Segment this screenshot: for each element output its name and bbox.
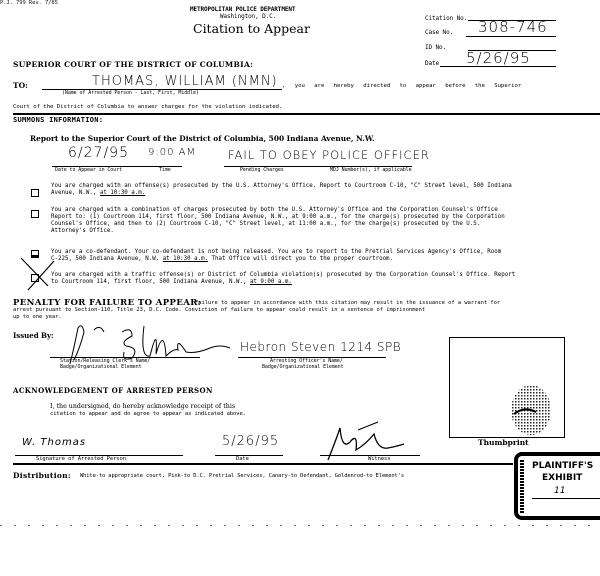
arresting-officer-value[interactable]: Hebron Steven 1214 SPB — [240, 340, 401, 354]
form-number: P.J. 799 Rev. 7/85 — [0, 0, 58, 6]
exhibit-number: 11 — [554, 486, 565, 496]
case-no-underline — [466, 36, 556, 37]
section-divider — [13, 113, 600, 115]
option-text: C-225, 500 Indiana Avenue, N.W. — [51, 256, 163, 262]
ack-date-value[interactable]: 5/26/95 — [222, 434, 279, 449]
date-value[interactable]: 5/26/95 — [466, 49, 531, 67]
signature-caption: Signature of Arrested Person — [36, 456, 126, 462]
name-caption: (Name of Arrested Person - Last, First, … — [62, 90, 199, 96]
date-caption: Date to Appear in Court — [55, 167, 122, 173]
distribution-label: Distribution: — [13, 471, 71, 480]
case-no-value[interactable]: 308-746 — [478, 18, 548, 36]
option-time: at 10:30 a.m. — [100, 190, 145, 196]
penalty-line1: Failure to appear in accordance with thi… — [195, 300, 500, 307]
directive-text: , you are hereby directed to appear befo… — [282, 83, 521, 90]
option-text: You are a co-defendant. Your co-defendan… — [51, 249, 501, 256]
option-text: You are charged with a combination of ch… — [51, 207, 505, 214]
stamp-edge-text — [520, 460, 524, 514]
arrested-person-signature[interactable]: W. Thomas — [22, 437, 86, 448]
witness-caption: Witness — [368, 456, 390, 462]
distribution-text: White-to appropriate court, Pink-to D.C.… — [80, 473, 404, 479]
id-no-label: ID No. — [425, 44, 446, 51]
time-caption: Time — [159, 167, 171, 173]
pending-charges-value[interactable]: FAIL TO OBEY POLICE OFFICER — [228, 148, 430, 162]
ack-date-underline — [215, 455, 283, 456]
appear-date-value[interactable]: 6/27/95 — [68, 145, 129, 161]
thumbprint-caption: Thumbprint — [478, 438, 529, 447]
page-title: Citation to Appear — [193, 21, 310, 36]
option-text: You are charged with an offense(s) prose… — [51, 183, 512, 190]
option-text: Counsel's Office, and then to (2) Courtr… — [51, 221, 505, 228]
penalty-line2: arrest pursuant to Section-110, Title 23… — [13, 307, 425, 314]
clerk-caption-line2: Badge/Organizational Element — [60, 364, 150, 370]
option-time: at 9:00 a.m. — [250, 279, 292, 285]
option-time: at 10:30 a.m. — [163, 256, 208, 262]
option-combination: You are charged with a combination of ch… — [51, 207, 505, 235]
appear-time-value[interactable]: 9:00 AM — [148, 147, 196, 158]
charges-caption: Pending Charges — [240, 167, 284, 173]
scan-artifact-line — [0, 525, 590, 526]
case-no-label: Case No. — [425, 29, 453, 36]
summons-heading: SUMMONS INFORMATION: — [13, 116, 103, 124]
summons-report-line: Report to the Superior Court of the Dist… — [30, 134, 375, 143]
date-label: Date — [425, 60, 439, 67]
option-text: Report to: (1) Courtroom 114, first floo… — [51, 214, 505, 221]
officer-caption-line2: Badge/Organizational Element — [262, 364, 344, 370]
citation-no-label: Citation No. — [425, 15, 467, 22]
date-underline — [440, 66, 556, 67]
distribution-divider — [13, 463, 513, 465]
option-traffic: You are charged with a traffic offense(s… — [51, 272, 515, 286]
option-checkbox-combination[interactable] — [31, 210, 39, 218]
clerk-caption: Station/Releasing Clerk's Name/ Badge/Or… — [60, 358, 150, 370]
option-text: Attorney's Office. — [51, 228, 505, 235]
option-text: You are charged with a traffic offense(s… — [51, 272, 515, 279]
option-text: Avenue, N.W., — [51, 190, 100, 196]
to-label: TO: — [13, 81, 28, 90]
ack-date-caption: Date — [236, 456, 249, 462]
option-checkbox-us-attorney[interactable] — [31, 189, 39, 197]
witness-signature — [318, 420, 408, 464]
arrested-person-name[interactable]: THOMAS, WILLIAM (NMN) — [92, 74, 278, 89]
exhibit-label-line1: PLAINTIFF'S — [532, 461, 593, 471]
exhibit-stamp: PLAINTIFF'S EXHIBIT 11 — [514, 452, 600, 520]
acknowledgement-line1: I, the undersigned, do hereby acknowledg… — [50, 403, 235, 410]
option-text: That Office will direct you to the prope… — [208, 256, 393, 262]
directive-text-line2: Court of the District of Columbia to ans… — [13, 104, 282, 111]
acknowledgement-line2: citation to appear and do agree to appea… — [50, 411, 246, 417]
mdj-caption: MDJ Number(s), if applicable — [330, 167, 412, 173]
department-name: METROPOLITAN POLICE DEPARTMENT — [190, 6, 295, 13]
option-text: to Courtroom 114, first floor, 500 India… — [51, 279, 250, 285]
exhibit-label-line2: EXHIBIT — [542, 473, 582, 483]
option-co-defendant: You are a co-defendant. Your co-defendan… — [51, 249, 501, 263]
officer-caption: Arresting Officer's Name/ Badge/Organiza… — [262, 358, 344, 370]
department-city: Washington, D.C. — [220, 13, 276, 20]
thumbprint-box — [449, 337, 565, 438]
fingerprint-image — [506, 380, 556, 436]
penalty-line3: up to one year. — [13, 314, 62, 321]
issued-by-label: Issued By: — [13, 331, 54, 340]
court-heading: SUPERIOR COURT OF THE DISTRICT OF COLUMB… — [13, 60, 253, 69]
acknowledgement-heading: ACKNOWLEDGEMENT OF ARRESTED PERSON — [13, 386, 213, 395]
option-us-attorney: You are charged with an offense(s) prose… — [51, 183, 512, 197]
exhibit-underline — [532, 498, 600, 499]
